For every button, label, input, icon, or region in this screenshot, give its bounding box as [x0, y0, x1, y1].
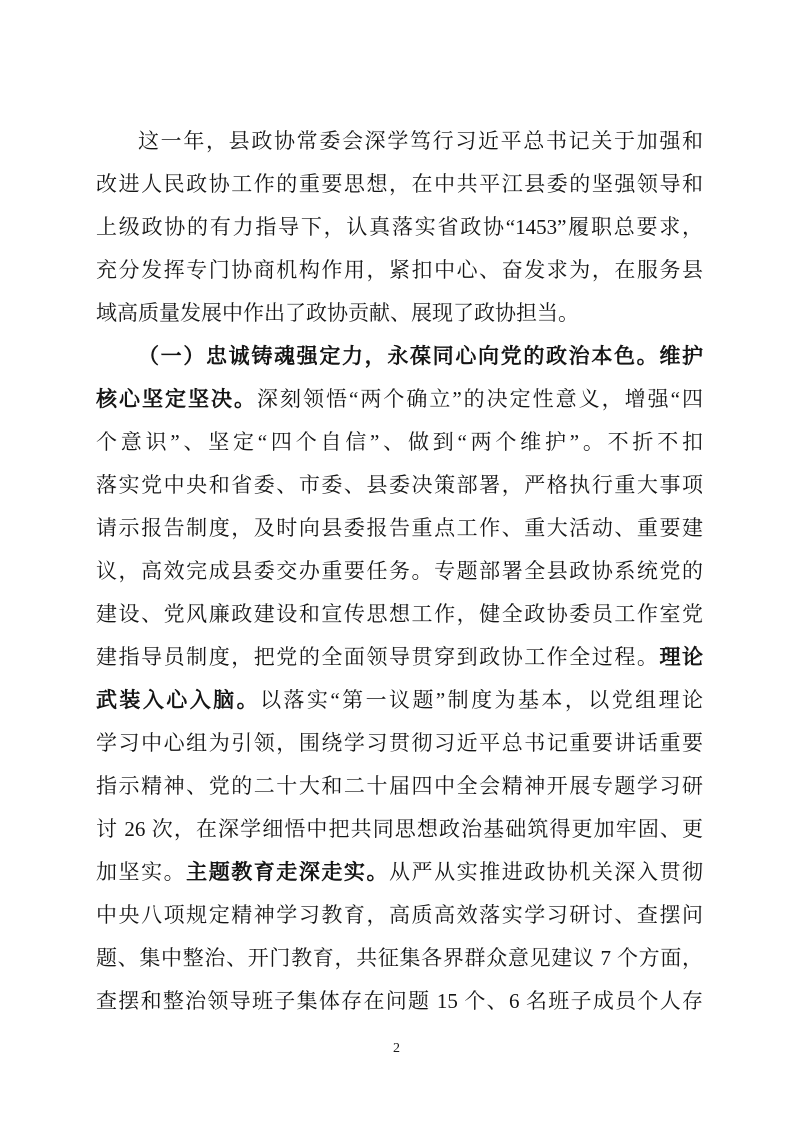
- body-text: 题、集中整治、开门教育，共征集各界群众意见建议 7 个方面，: [96, 946, 703, 970]
- body-text: 深刻领悟“两个确立”的决定性意义，增强“四: [257, 387, 703, 411]
- text-line: 改进人民政协工作的重要思想，在中共平江县委的坚强领导和: [96, 163, 703, 206]
- emphasis-text: 核心坚定坚决。: [96, 387, 257, 411]
- body-text: 查摆和整治领导班子集体存在问题 15 个、6 名班子成员个人存: [96, 989, 703, 1013]
- body-text: 以落实“第一议题”制度为基本，以党组理论: [260, 688, 703, 712]
- text-line: 题、集中整治、开门教育，共征集各界群众意见建议 7 个方面，: [96, 937, 703, 980]
- text-line: 建设、党风廉政建设和宣传思想工作，健全政协委员工作室党: [96, 593, 703, 636]
- text-line: 域高质量发展中作出了政协贡献、展现了政协担当。: [96, 292, 703, 335]
- body-text: 从严从实推进政协机关深入贯彻: [389, 860, 703, 884]
- document-body: 这一年，县政协常委会深学笃行习近平总书记关于加强和改进人民政协工作的重要思想，在…: [96, 120, 703, 1023]
- text-line: 查摆和整治领导班子集体存在问题 15 个、6 名班子成员个人存: [96, 980, 703, 1023]
- body-text: 讨 26 次，在深学细悟中把共同思想政治基础筑得更加牢固、更: [96, 817, 703, 841]
- text-line: 充分发挥专门协商机构作用，紧扣中心、奋发求为，在服务县: [96, 249, 703, 292]
- text-line: 武装入心入脑。以落实“第一议题”制度为基本，以党组理论: [96, 679, 703, 722]
- emphasis-text: 武装入心入脑。: [96, 688, 260, 712]
- emphasis-text: 主题教育走深走实。: [186, 860, 389, 884]
- body-text: 个意识”、坚定“四个自信”、做到“两个维护”。不折不扣: [96, 430, 703, 454]
- text-line: 讨 26 次，在深学细悟中把共同思想政治基础筑得更加牢固、更: [96, 808, 703, 851]
- text-line: 中央八项规定精神学习教育，高质高效落实学习研讨、查摆问: [96, 894, 703, 937]
- body-text: 充分发挥专门协商机构作用，紧扣中心、奋发求为，在服务县: [96, 258, 703, 282]
- emphasis-text: 理论: [659, 645, 703, 669]
- body-text: 请示报告制度，及时向县委报告重点工作、重大活动、重要建: [96, 516, 703, 540]
- text-line: 建指导员制度，把党的全面领导贯穿到政协工作全过程。理论: [96, 636, 703, 679]
- body-text: 建指导员制度，把党的全面领导贯穿到政协工作全过程。: [96, 645, 659, 669]
- body-text: 学习中心组为引领，围绕学习贯彻习近平总书记重要讲话重要: [96, 731, 703, 755]
- document-page: 这一年，县政协常委会深学笃行习近平总书记关于加强和改进人民政协工作的重要思想，在…: [0, 0, 793, 1122]
- body-text: 指示精神、党的二十大和二十届四中全会精神开展专题学习研: [96, 774, 703, 798]
- page-number: 2: [0, 1038, 793, 1060]
- text-line: 落实党中央和省委、市委、县委决策部署，严格执行重大事项: [96, 464, 703, 507]
- text-line: 请示报告制度，及时向县委报告重点工作、重大活动、重要建: [96, 507, 703, 550]
- text-line: 核心坚定坚决。深刻领悟“两个确立”的决定性意义，增强“四: [96, 378, 703, 421]
- text-line: 加坚实。主题教育走深走实。从严从实推进政协机关深入贯彻: [96, 851, 703, 894]
- body-text: 议，高效完成县委交办重要任务。专题部署全县政协系统党的: [96, 559, 703, 583]
- body-text: 建设、党风廉政建设和宣传思想工作，健全政协委员工作室党: [96, 602, 703, 626]
- body-text: 加坚实。: [96, 860, 186, 884]
- text-line: 学习中心组为引领，围绕学习贯彻习近平总书记重要讲话重要: [96, 722, 703, 765]
- text-line: 这一年，县政协常委会深学笃行习近平总书记关于加强和: [96, 120, 703, 163]
- body-text: 落实党中央和省委、市委、县委决策部署，严格执行重大事项: [96, 473, 703, 497]
- text-line: 指示精神、党的二十大和二十届四中全会精神开展专题学习研: [96, 765, 703, 808]
- body-text: 这一年，县政协常委会深学笃行习近平总书记关于加强和: [138, 129, 703, 153]
- body-text: 中央八项规定精神学习教育，高质高效落实学习研讨、查摆问: [96, 903, 703, 927]
- text-line: 个意识”、坚定“四个自信”、做到“两个维护”。不折不扣: [96, 421, 703, 464]
- body-text: 上级政协的有力指导下，认真落实省政协“1453”履职总要求，: [96, 215, 703, 239]
- body-text: 域高质量发展中作出了政协贡献、展现了政协担当。: [96, 301, 579, 325]
- emphasis-text: （一）忠诚铸魂强定力，永葆同心向党的政治本色。维护: [138, 344, 703, 368]
- text-line: 上级政协的有力指导下，认真落实省政协“1453”履职总要求，: [96, 206, 703, 249]
- text-line: 议，高效完成县委交办重要任务。专题部署全县政协系统党的: [96, 550, 703, 593]
- text-line: （一）忠诚铸魂强定力，永葆同心向党的政治本色。维护: [96, 335, 703, 378]
- body-text: 改进人民政协工作的重要思想，在中共平江县委的坚强领导和: [96, 172, 703, 196]
